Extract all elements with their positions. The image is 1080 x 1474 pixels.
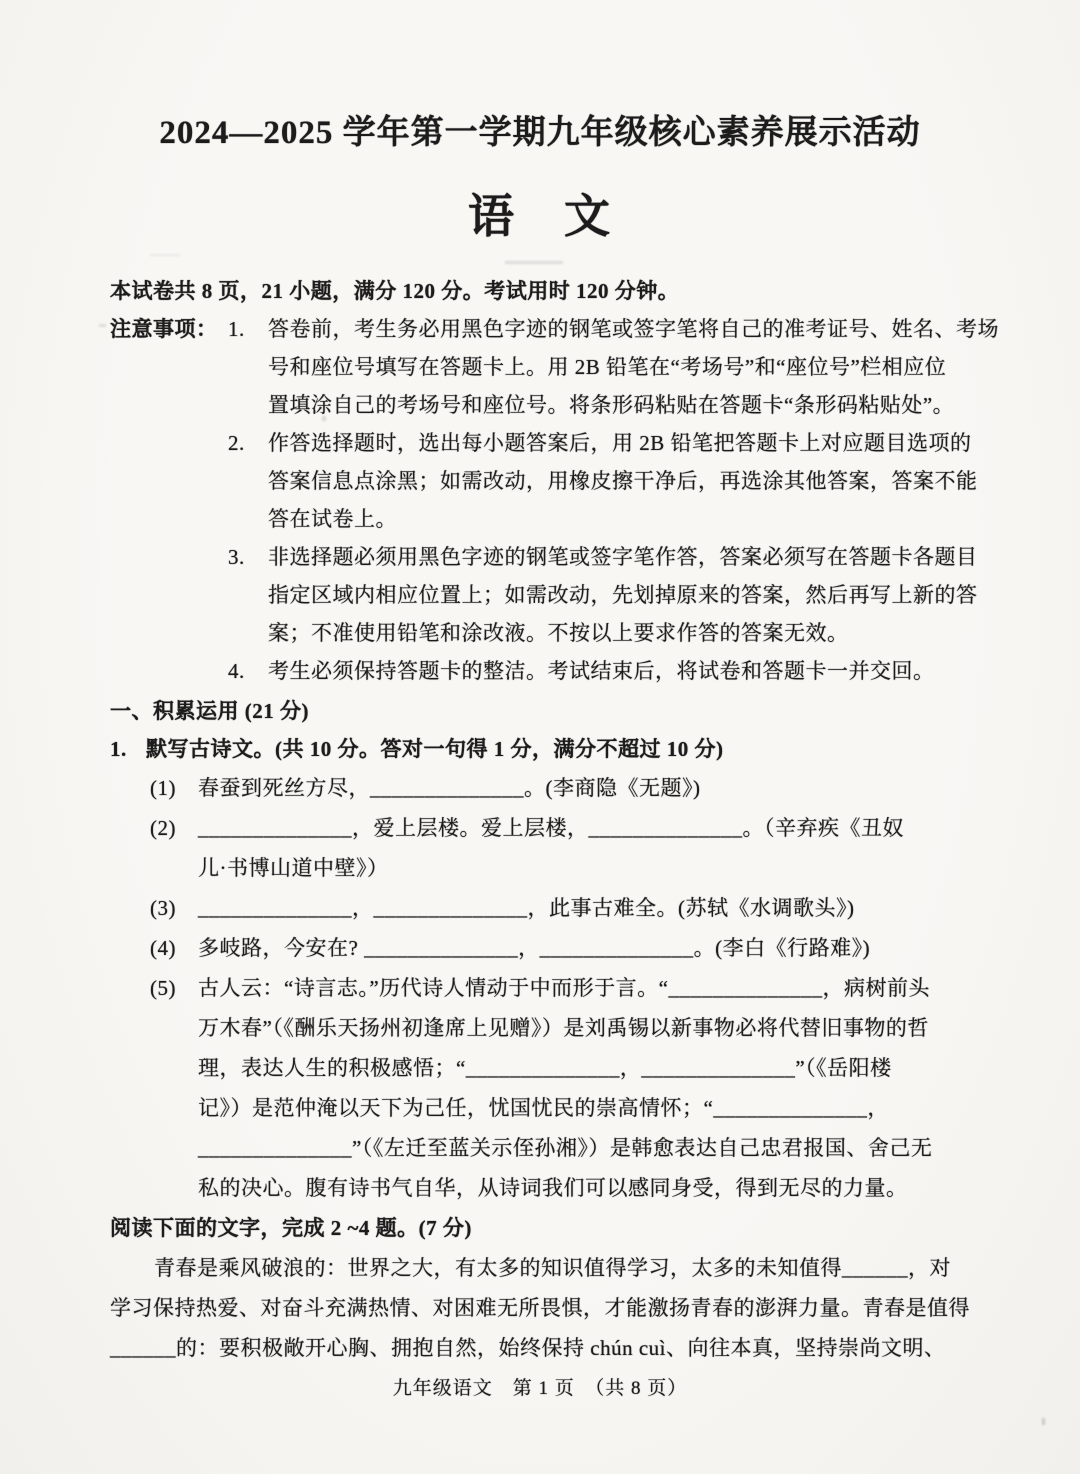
scan-artifact	[322, 416, 326, 421]
item-3-line-1: (3) ______________，______________，此事古难全。…	[0, 888, 1080, 928]
item-1-number: (1)	[150, 768, 198, 808]
item-1-line-1: (1) 春蚕到死丝方尽，______________。(李商隐《无题》)	[0, 768, 1080, 808]
notice-number-2: 2.	[228, 424, 268, 462]
notice-number-4: 4.	[228, 652, 268, 690]
notice-item-1-line-3: 置填涂自己的考场号和座位号。将条形码粘贴在答题卡“条形码粘贴处”。	[0, 386, 1080, 424]
notice-number-1: 1.	[228, 310, 268, 348]
notice-item-2-line-2: 答案信息点涂黑；如需改动，用橡皮擦干净后，再选涂其他答案，答案不能	[0, 462, 1080, 500]
item-5-line-5: ______________”（《左迁至蓝关示侄孙湘》）是韩愈表达自己忠君报国、…	[0, 1128, 1080, 1168]
notice-item-1-line-2: 号和座位号填写在答题卡上。用 2B 铅笔在“考场号”和“座位号”栏相应位	[0, 348, 1080, 386]
item-3-text: ______________，______________，此事古难全。(苏轼《…	[198, 888, 855, 928]
notice-text: 考生必须保持答题卡的整洁。考试结束后，将试卷和答题卡一并交回。	[268, 652, 935, 690]
scan-artifact	[150, 254, 180, 256]
page-footer: 九年级语文 第 1 页 （共 8 页）	[0, 1374, 1080, 1404]
question-1-stem: 1. 默写古诗文。(共 10 分。答对一句得 1 分，满分不超过 10 分)	[0, 730, 1080, 768]
section-heading: 一、积累运用 (21 分)	[0, 692, 1080, 730]
item-5-line-3: 理，表达人生的积极感悟；“______________，____________…	[0, 1048, 1080, 1088]
notice-section: 注意事项： 1. 答卷前，考生务必用黑色字迹的钢笔或签字笔将自己的准考证号、姓名…	[0, 310, 1080, 690]
subject-title: 语 文	[0, 188, 1080, 246]
notice-text: 答卷前，考生务必用黑色字迹的钢笔或签字笔将自己的准考证号、姓名、考场	[268, 310, 999, 348]
item-4-number: (4)	[150, 928, 198, 968]
question-1-number: 1.	[110, 730, 146, 768]
item-5-line-6: 私的决心。腹有诗书气自华，从诗词我们可以感同身受，得到无尽的力量。	[0, 1168, 1080, 1208]
notice-label: 注意事项：	[110, 310, 228, 348]
notice-text: 作答选择题时，选出每小题答案后，用 2B 铅笔把答题卡上对应题目选项的	[268, 424, 972, 462]
notice-item-3-line-1: 3. 非选择题必须用黑色字迹的钢笔或签字笔作答，答案必须写在答题卡各题目	[0, 538, 1080, 576]
item-5-line-1: (5) 古人云：“诗言志。”历代诗人情动于中而形于言。“____________…	[0, 968, 1080, 1008]
exam-title: 2024—2025 学年第一学期九年级核心素养展示活动	[0, 0, 1080, 156]
notice-item-1-line-1: 注意事项： 1. 答卷前，考生务必用黑色字迹的钢笔或签字笔将自己的准考证号、姓名…	[0, 310, 1080, 348]
notice-item-4-line-1: 4. 考生必须保持答题卡的整洁。考试结束后，将试卷和答题卡一并交回。	[0, 652, 1080, 690]
item-1-text: 春蚕到死丝方尽，______________。(李商隐《无题》)	[198, 768, 701, 808]
item-5-text: 古人云：“诗言志。”历代诗人情动于中而形于言。“______________，病…	[198, 968, 930, 1008]
passage-line-1: 青春是乘风破浪的：世界之大，有太多的知识值得学习，太多的未知值得______，对	[0, 1248, 1080, 1288]
notice-item-3-line-2: 指定区域内相应位置上；如需改动，先划掉原来的答案，然后再写上新的答	[0, 576, 1080, 614]
exam-info: 本试卷共 8 页，21 小题，满分 120 分。考试用时 120 分钟。	[0, 272, 1080, 310]
item-5-line-4: 记》）是范仲淹以天下为己任，忧国忧民的崇高情怀；“______________，	[0, 1088, 1080, 1128]
question-1-stem-text: 默写古诗文。(共 10 分。答对一句得 1 分，满分不超过 10 分)	[146, 730, 723, 768]
notice-item-2-line-1: 2. 作答选择题时，选出每小题答案后，用 2B 铅笔把答题卡上对应题目选项的	[0, 424, 1080, 462]
notice-item-2-line-3: 答在试卷上。	[0, 500, 1080, 538]
item-3-number: (3)	[150, 888, 198, 928]
scan-artifact	[1042, 1418, 1045, 1425]
item-4-line-1: (4) 多岐路，今安在? ______________，____________…	[0, 928, 1080, 968]
notice-number-3: 3.	[228, 538, 268, 576]
scan-artifact	[99, 324, 106, 327]
item-2-line-2: 儿·书博山道中壁》）	[0, 848, 1080, 888]
item-5-number: (5)	[150, 968, 198, 1008]
reading-instruction: 阅读下面的文字，完成 2 ~4 题。(7 分)	[0, 1208, 1080, 1248]
item-4-text: 多岐路，今安在? ______________，______________。(…	[198, 928, 870, 968]
item-2-line-1: (2) ______________，爱上层楼。爱上层楼，___________…	[0, 808, 1080, 848]
item-2-number: (2)	[150, 808, 198, 848]
question-1-items: (1) 春蚕到死丝方尽，______________。(李商隐《无题》) (2)…	[0, 768, 1080, 1208]
item-5-line-2: 万木春”（《酬乐天扬州初逢席上见赠》）是刘禹锡以新事物必将代替旧事物的哲	[0, 1008, 1080, 1048]
scan-artifact	[505, 261, 563, 264]
exam-paper-page: 2024—2025 学年第一学期九年级核心素养展示活动 语 文 本试卷共 8 页…	[0, 0, 1080, 1474]
notice-item-3-line-3: 案；不准使用铅笔和涂改液。不按以上要求作答的答案无效。	[0, 614, 1080, 652]
notice-text: 非选择题必须用黑色字迹的钢笔或签字笔作答，答案必须写在答题卡各题目	[268, 538, 978, 576]
item-2-text: ______________，爱上层楼。爱上层楼，______________。…	[198, 808, 904, 848]
passage-line-3: ______的：要积极敞开心胸、拥抱自然，始终保持 chún cuì、向往本真，…	[0, 1328, 1080, 1368]
passage-line-2: 学习保持热爱、对奋斗充满热情、对困难无所畏惧，才能激扬青春的澎湃力量。青春是值得	[0, 1288, 1080, 1328]
